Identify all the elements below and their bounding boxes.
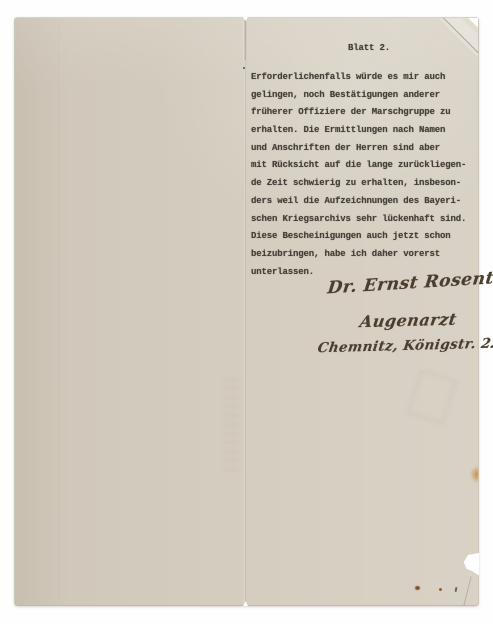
letter-body: Erforderlichenfalls würde es mir auch ge… xyxy=(251,72,466,284)
ink-speck xyxy=(243,67,245,69)
signature-title: Augenarzt xyxy=(359,310,459,332)
edge-stain xyxy=(470,466,478,483)
torn-edge-notch xyxy=(463,553,479,577)
dog-ear-corner xyxy=(438,18,478,58)
page-header: Blatt 2. xyxy=(348,43,390,53)
torn-edge-crease xyxy=(463,576,471,605)
vertical-fold-crease xyxy=(244,18,247,605)
body-line: de Zeit schwierig zu erhalten, insbeson- xyxy=(251,178,466,196)
body-line: und Anschriften der Herren sind aber xyxy=(251,143,466,161)
body-line: mit Rücksicht auf die lange zurückliegen… xyxy=(251,160,466,178)
verso-show-through xyxy=(223,378,239,474)
left-crease-line xyxy=(59,18,61,605)
body-line: ders weil die Aufzeichnungen des Bayeri- xyxy=(251,196,466,214)
vertical-fold-crease-top xyxy=(243,18,247,60)
verso-show-through xyxy=(407,369,457,424)
body-line: schen Kriegsarchivs sehr lückenhaft sind… xyxy=(251,214,466,232)
body-line: Diese Bescheinigungen auch jetzt schon xyxy=(251,231,466,249)
ink-mark xyxy=(455,587,458,592)
letter-page: Blatt 2. Erforderlichenfalls würde es mi… xyxy=(15,18,478,605)
foxing-spot xyxy=(439,588,442,591)
body-line: früherer Offiziere der Marschgruppe zu xyxy=(251,107,466,125)
body-line: beizubringen, habe ich daher vorerst xyxy=(251,249,466,267)
foxing-spot xyxy=(415,586,420,590)
body-line: erhalten. Die Ermittlungen nach Namen xyxy=(251,125,466,143)
body-line: Erforderlichenfalls würde es mir auch xyxy=(251,72,466,90)
signature-address: Chemnitz, Königstr. 22. xyxy=(316,335,493,356)
body-line: gelingen, noch Bestätigungen anderer xyxy=(251,90,466,108)
